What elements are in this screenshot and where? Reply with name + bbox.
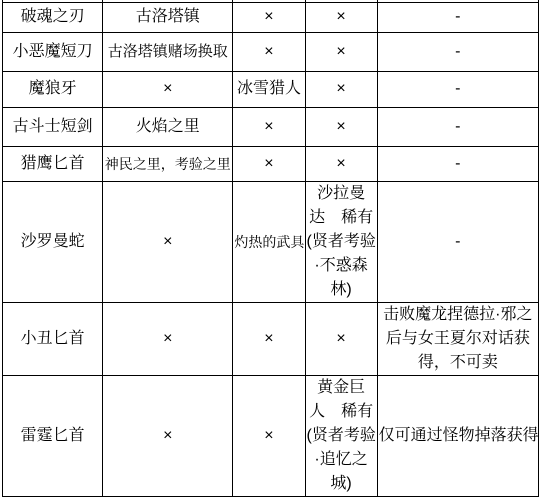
table-cell: × [233, 107, 305, 146]
table-cell: - [377, 2, 538, 32]
table-row: 古斗士短剑 火焰之里 × × - [3, 107, 539, 146]
weapon-name-cell: 古斗士短剑 [3, 107, 103, 146]
table-cell: × [233, 302, 305, 375]
weapon-name-cell: 小丑匕首 [3, 302, 103, 375]
table-cell: 沙拉曼 达 稀有 (贤者考验 ·不惑森 林) [305, 181, 377, 302]
table-cell: 古洛塔镇赌场换取 [103, 32, 233, 71]
table-cell: - [377, 146, 538, 181]
table-row: 破魂之刃 古洛塔镇 × × - [3, 2, 539, 32]
weapon-name-cell: 破魂之刃 [3, 2, 103, 32]
table-cell: - [377, 107, 538, 146]
weapon-name-cell: 小恶魔短刀 [3, 32, 103, 71]
table-cell: × [103, 375, 233, 496]
weapon-name-cell: 魔狼牙 [3, 71, 103, 107]
table-cell: - [377, 181, 538, 302]
table-cell: 火焰之里 [103, 107, 233, 146]
table-cell: × [233, 146, 305, 181]
weapon-obtain-table: 破魂之刃 古洛塔镇 × × - 小恶魔短刀 古洛塔镇赌场换取 × × - 魔狼牙… [2, 0, 539, 497]
table-row: 小丑匕首 × × × 击败魔龙捏德拉·邪之 后与女王夏尔对话获 得，不可卖 [3, 302, 539, 375]
table-cell: - [377, 71, 538, 107]
table-row: 沙罗曼蛇 × 灼热的武具 沙拉曼 达 稀有 (贤者考验 ·不惑森 林) - [3, 181, 539, 302]
table-cell: × [305, 107, 377, 146]
table-cell: × [305, 71, 377, 107]
table-cell: × [233, 32, 305, 71]
table-row: 魔狼牙 × 冰雪猎人 × - [3, 71, 539, 107]
table-row: 小恶魔短刀 古洛塔镇赌场换取 × × - [3, 32, 539, 71]
table-cell: × [305, 2, 377, 32]
weapon-name-cell: 猎鹰匕首 [3, 146, 103, 181]
table-cell: 神民之里，考验之里 [103, 146, 233, 181]
table-cell: 古洛塔镇 [103, 2, 233, 32]
table-cell: 仅可通过怪物掉落获得 [377, 375, 538, 496]
table-cell: 灼热的武具 [233, 181, 305, 302]
table-row: 猎鹰匕首 神民之里，考验之里 × × - [3, 146, 539, 181]
weapon-name-cell: 雷霆匕首 [3, 375, 103, 496]
table-cell: - [377, 32, 538, 71]
table-cell: × [305, 32, 377, 71]
table-cell: × [305, 302, 377, 375]
table-cell: 击败魔龙捏德拉·邪之 后与女王夏尔对话获 得，不可卖 [377, 302, 538, 375]
weapon-name-cell: 沙罗曼蛇 [3, 181, 103, 302]
table-cell: × [233, 375, 305, 496]
table-cell: 冰雪猎人 [233, 71, 305, 107]
table-cell: × [233, 2, 305, 32]
table-cell: × [103, 181, 233, 302]
table-cell: × [103, 71, 233, 107]
table-cell: × [305, 146, 377, 181]
table-cell: 黄金巨 人 稀有 (贤者考验 ·追忆之 城) [305, 375, 377, 496]
table-cell: × [103, 302, 233, 375]
table-row: 雷霆匕首 × × 黄金巨 人 稀有 (贤者考验 ·追忆之 城) 仅可通过怪物掉落… [3, 375, 539, 496]
